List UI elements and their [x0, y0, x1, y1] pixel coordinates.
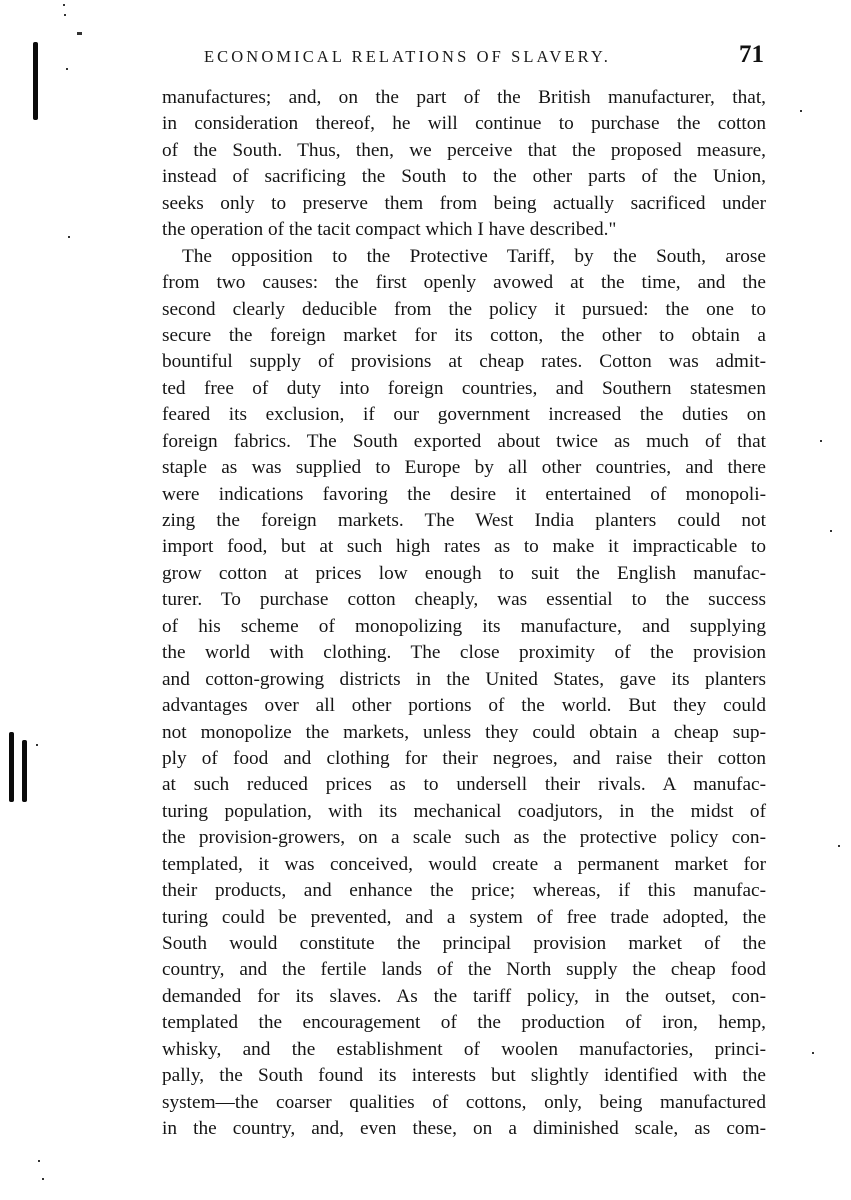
scan-artifact-speck [64, 14, 66, 16]
text-line: feared its exclusion, if our government … [162, 402, 766, 428]
text-line: their products, and enhance the price; w… [162, 878, 766, 904]
text-line: at such reduced prices as to undersell t… [162, 772, 766, 798]
text-line: templated, it was conceived, would creat… [162, 852, 766, 878]
scan-artifact-speck [42, 1178, 44, 1180]
text-line: seeks only to preserve them from being a… [162, 191, 766, 217]
scan-artifact-speck [800, 110, 802, 112]
body-text: manufactures; and, on the part of the Br… [162, 85, 766, 1143]
text-line: from two causes: the first openly avowed… [162, 270, 766, 296]
text-line: the operation of the tacit compact which… [162, 217, 766, 243]
scan-artifact-binding-mark [9, 732, 14, 802]
text-line: pally, the South found its interests but… [162, 1063, 766, 1089]
page-number: 71 [739, 41, 764, 69]
scan-artifact-binding-mark [33, 42, 38, 120]
text-line: of the South. Thus, then, we perceive th… [162, 138, 766, 164]
text-line: foreign fabrics. The South exported abou… [162, 429, 766, 455]
text-line: South would constitute the principal pro… [162, 931, 766, 957]
book-page: ECONOMICAL RELATIONS OF SLAVERY. 71 manu… [0, 0, 851, 1200]
text-line: not monopolize the markets, unless they … [162, 720, 766, 746]
text-line: turing could be prevented, and a system … [162, 905, 766, 931]
running-head: ECONOMICAL RELATIONS OF SLAVERY. 71 [204, 41, 764, 71]
scan-artifact-binding-mark [22, 740, 27, 802]
text-line: system—the coarser qualities of cottons,… [162, 1090, 766, 1116]
text-line: demanded for its slaves. As the tariff p… [162, 984, 766, 1010]
scan-artifact-speck [830, 530, 832, 532]
text-line: zing the foreign markets. The West India… [162, 508, 766, 534]
text-line: staple as was supplied to Europe by all … [162, 455, 766, 481]
text-line: grow cotton at prices low enough to suit… [162, 561, 766, 587]
scan-artifact-speck [66, 68, 68, 70]
scan-artifact-speck [38, 1160, 40, 1162]
text-line: the world with clothing. The close proxi… [162, 640, 766, 666]
text-line: of his scheme of monopolizing its manufa… [162, 614, 766, 640]
scan-artifact-speck [63, 4, 65, 6]
text-line: turing population, with its mechanical c… [162, 799, 766, 825]
running-title: ECONOMICAL RELATIONS OF SLAVERY. [204, 47, 611, 67]
scan-artifact-speck [77, 32, 82, 35]
scan-artifact-speck [820, 440, 822, 442]
text-line: secure the foreign market for its cotton… [162, 323, 766, 349]
text-line: and cotton-growing districts in the Unit… [162, 667, 766, 693]
scan-artifact-speck [36, 744, 38, 746]
text-line: whisky, and the establishment of woolen … [162, 1037, 766, 1063]
paragraph-start-line: The opposition to the Protective Tariff,… [162, 244, 766, 270]
text-line: were indications favoring the desire it … [162, 482, 766, 508]
scan-artifact-speck [68, 236, 70, 238]
text-line: the provision-growers, on a scale such a… [162, 825, 766, 851]
text-line: turer. To purchase cotton cheaply, was e… [162, 587, 766, 613]
text-line: in consideration thereof, he will contin… [162, 111, 766, 137]
text-line: advantages over all other portions of th… [162, 693, 766, 719]
text-line: ply of food and clothing for their negro… [162, 746, 766, 772]
scan-artifact-speck [812, 1052, 814, 1054]
text-line: in the country, and, even these, on a di… [162, 1116, 766, 1142]
text-line: instead of sacrificing the South to the … [162, 164, 766, 190]
text-line: import food, but at such high rates as t… [162, 534, 766, 560]
text-line: second clearly deducible from the policy… [162, 297, 766, 323]
text-line: bountiful supply of provisions at cheap … [162, 349, 766, 375]
text-line: ted free of duty into foreign countries,… [162, 376, 766, 402]
text-line: country, and the fertile lands of the No… [162, 957, 766, 983]
text-line: manufactures; and, on the part of the Br… [162, 85, 766, 111]
scan-artifact-speck [838, 845, 840, 847]
text-line: templated the encouragement of the produ… [162, 1010, 766, 1036]
